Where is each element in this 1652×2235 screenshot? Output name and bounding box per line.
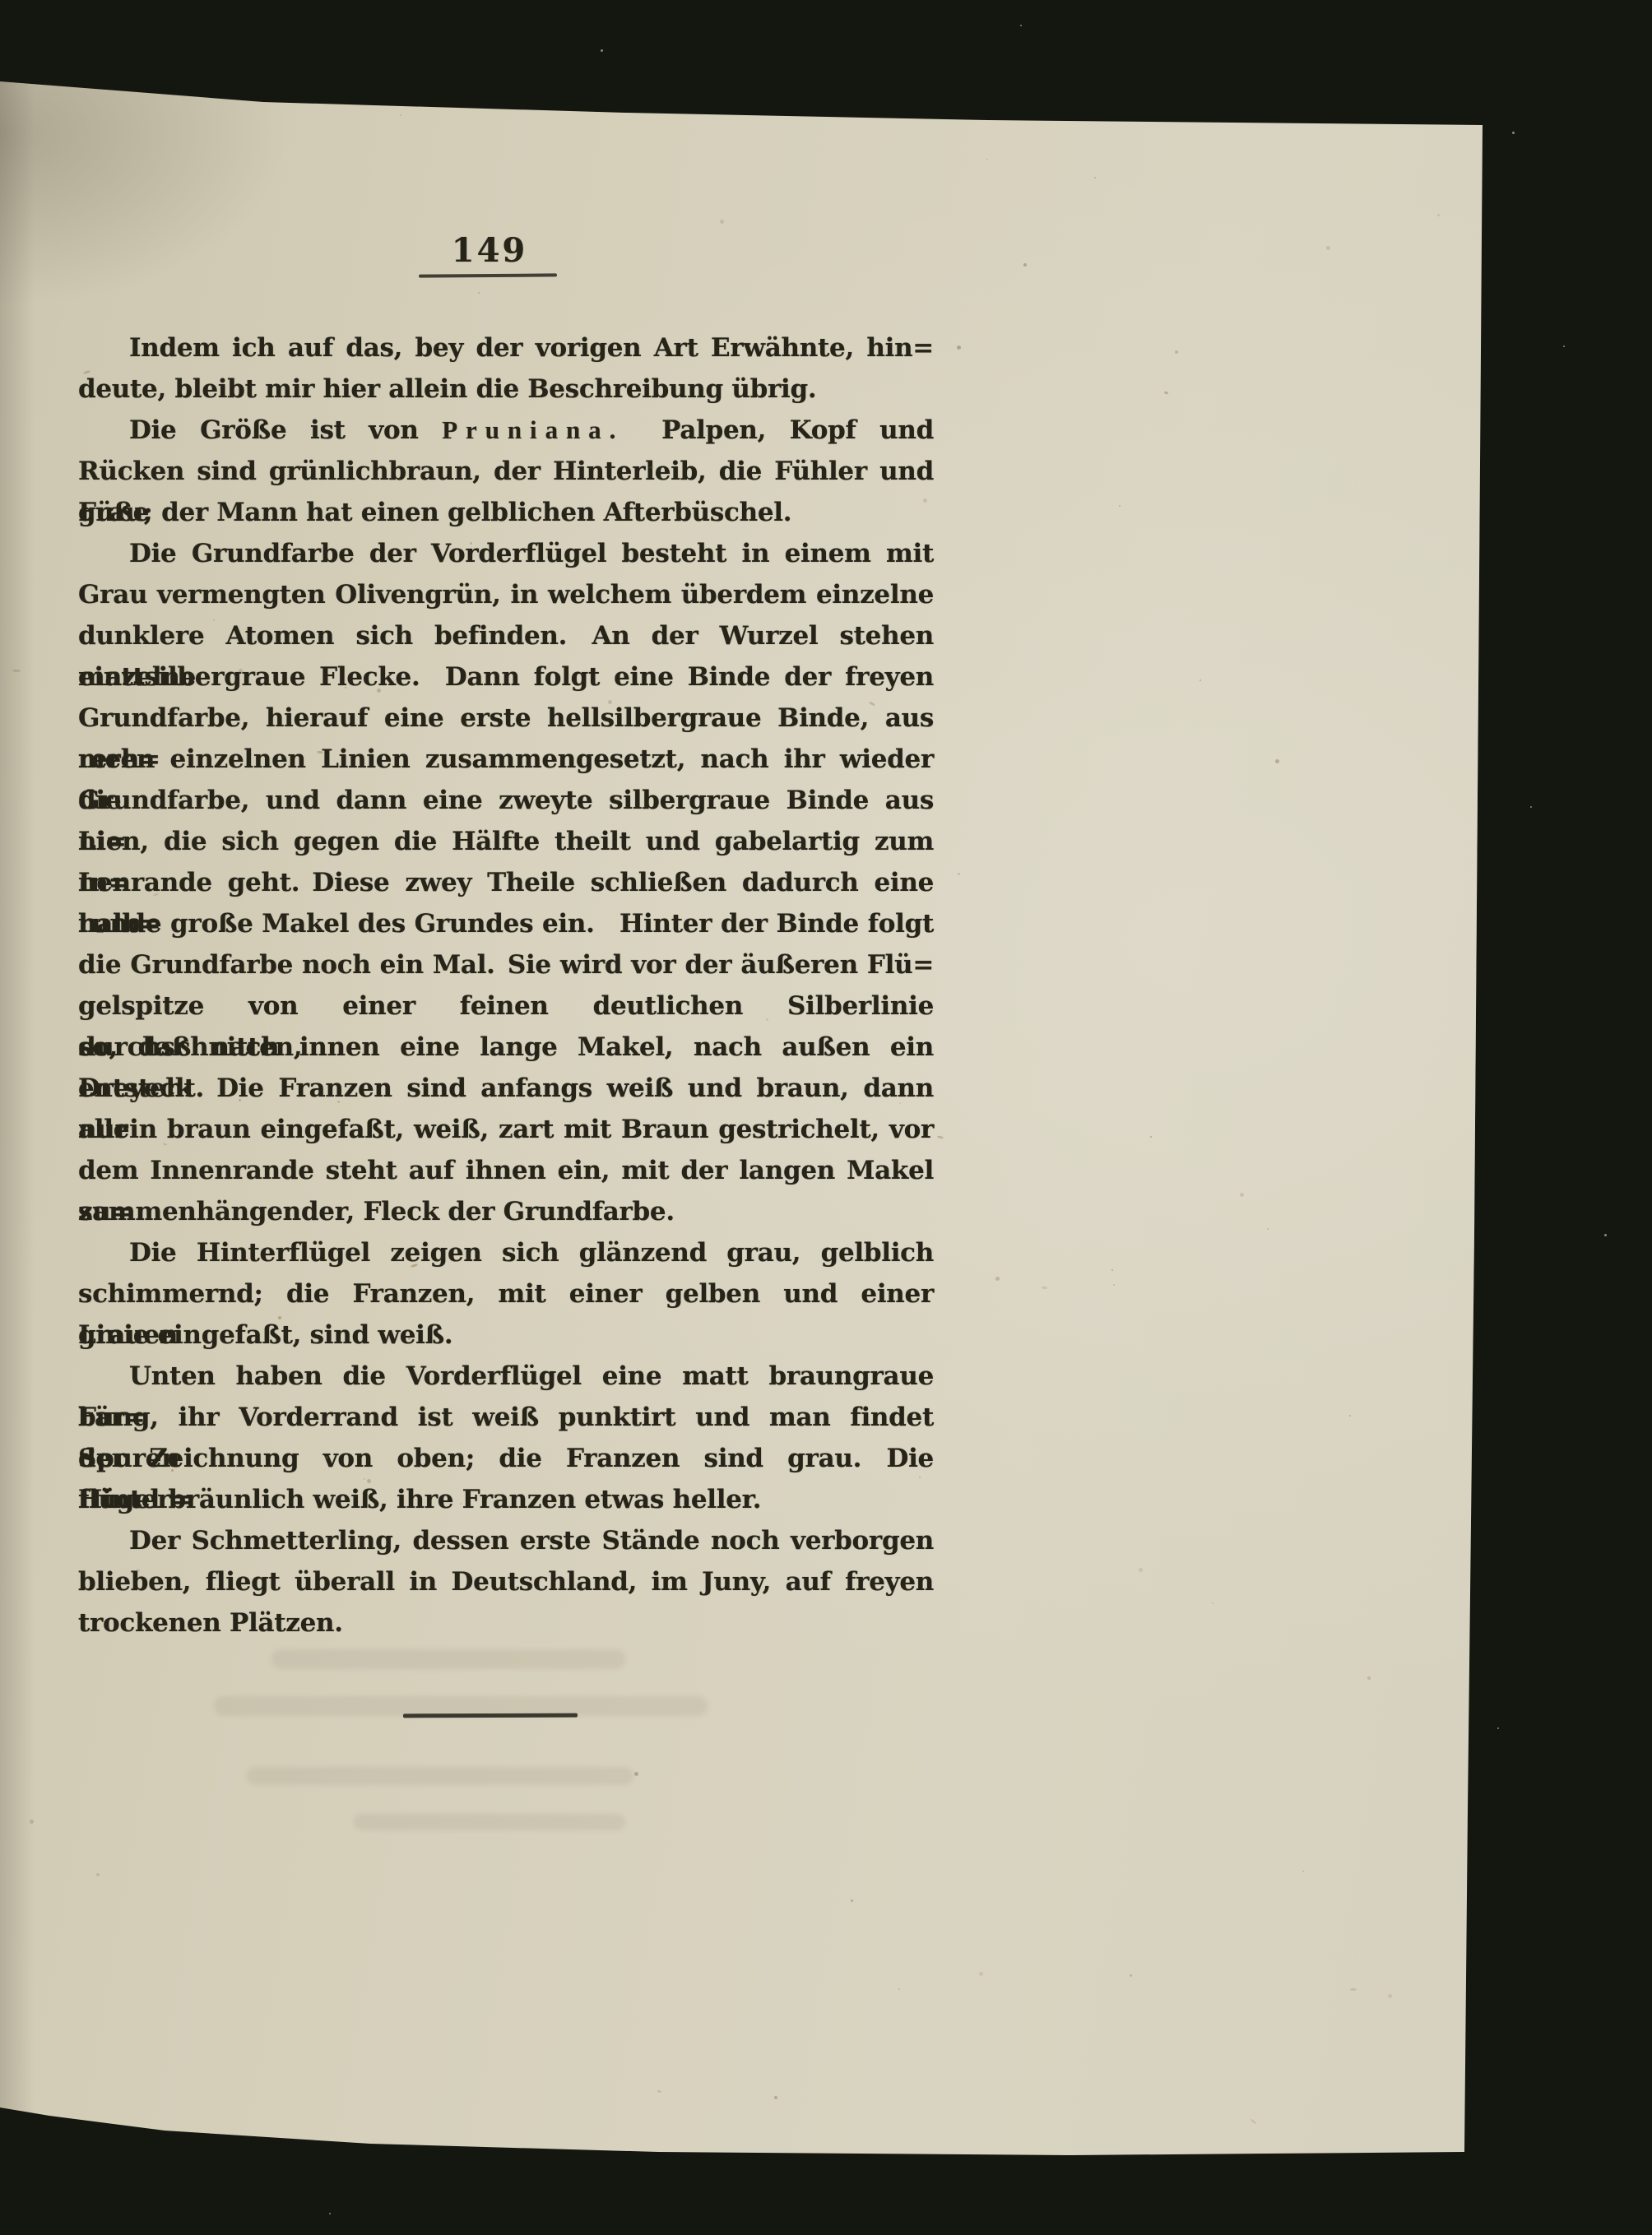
paper-speck — [1240, 1193, 1244, 1197]
text-line: nenrande geht. Diese zwey Theile schließ… — [78, 862, 934, 903]
text-line: Indem ich auf das, bey der vorigen Art E… — [78, 327, 934, 369]
page-number: 149 — [411, 233, 568, 274]
dust-speck — [601, 49, 603, 52]
paper-speck — [535, 96, 537, 99]
paper-speck — [337, 1101, 340, 1103]
paper-speck — [325, 1456, 328, 1459]
text-line: trockenen Plätzen. — [78, 1602, 934, 1644]
paper-speck — [364, 1478, 365, 1480]
paper-speck — [995, 1277, 1000, 1281]
paper-speck — [851, 1899, 853, 1902]
text-line: Rücken sind grünlichbraun, der Hinterlei… — [78, 451, 934, 492]
paper-speck — [1275, 759, 1279, 763]
text-line: Linie eingefaßt, sind weiß. — [78, 1315, 934, 1356]
paper-speck — [937, 1135, 944, 1139]
paper-speck — [1119, 505, 1121, 507]
dust-speck — [1020, 25, 1022, 26]
text-line: schimmernd; die Franzen, mit einer gelbe… — [78, 1273, 934, 1315]
paper-speck — [720, 220, 724, 224]
paper-speck — [12, 670, 21, 672]
paper-speck — [1200, 679, 1201, 681]
text-segment: deute, bleibt mir hier allein die Beschr… — [78, 374, 816, 404]
dust-speck — [1497, 1727, 1499, 1729]
text-line: dem Innenrande steht auf ihnen ein, mit … — [78, 1150, 934, 1191]
paper-speck — [30, 1820, 34, 1824]
paper-speck — [1350, 1988, 1357, 1991]
text-segment: Der Schmetterling, dessen erste Stände n… — [129, 1526, 934, 1556]
paper-speck — [899, 1102, 901, 1104]
paper-speck — [1023, 263, 1027, 267]
text-segment: sammenhängender, Fleck der Grundfarbe. — [78, 1197, 675, 1226]
paper-speck — [657, 2090, 661, 2094]
paper-speck — [1111, 1269, 1113, 1271]
text-segment: die Grundfarbe noch ein Mal. Sie wird vo… — [78, 950, 934, 980]
dust-speck — [329, 2213, 331, 2214]
text-line: Grundfarbe, und dann eine zweyte silberg… — [78, 780, 934, 821]
paper-speck — [923, 498, 927, 503]
bleed-through-smudge — [214, 1696, 708, 1716]
paper-speck — [345, 687, 346, 689]
paper-speck — [958, 873, 960, 875]
dust-speck — [1530, 806, 1532, 808]
paper-speck — [1130, 1974, 1132, 1977]
text-line: flügel bräunlich weiß, ihre Franzen etwa… — [78, 1479, 934, 1520]
paper-speck — [478, 292, 480, 294]
bleed-through-smudge — [271, 1649, 625, 1669]
text-line: Unten haben die Vorderflügel eine matt b… — [78, 1356, 934, 1397]
paper-speck — [1437, 214, 1440, 216]
paper-speck — [957, 345, 961, 350]
text-line: Die Grundfarbe der Vorderflügel besteht … — [78, 533, 934, 574]
paper-speck — [979, 1972, 983, 1976]
text-line: bung, ihr Vorderrand ist weiß punktirt u… — [78, 1397, 934, 1438]
text-segment: trockenen Plätzen. — [78, 1608, 343, 1638]
text-line: reren einzelnen Linien zusammengesetzt, … — [78, 739, 934, 780]
text-line: so, daß nach innen eine lange Makel, nac… — [78, 1027, 934, 1068]
text-segment: Palpen, Kopf und — [624, 415, 934, 445]
text-line: runde große Makel des Grundes ein. Hinte… — [78, 903, 934, 944]
paper-speck — [239, 1099, 241, 1101]
paper-speck — [898, 1988, 900, 1990]
paper-speck — [1267, 1228, 1269, 1230]
dust-speck — [1604, 1234, 1607, 1236]
book-page: 149 Indem ich auf das, bey der vorigen A… — [0, 0, 1652, 2235]
text-line: entsteht. Die Franzen sind anfangs weiß … — [78, 1068, 934, 1109]
paper-speck — [1150, 1136, 1152, 1138]
paper-speck — [1388, 1994, 1392, 1998]
text-block: Indem ich auf das, bey der vorigen Art E… — [78, 327, 934, 1644]
species-name: Pruniana. — [442, 415, 624, 444]
bleed-through-smudge — [247, 1767, 633, 1785]
paper-speck — [408, 1338, 411, 1340]
text-line: Der Schmetterling, dessen erste Stände n… — [78, 1520, 934, 1561]
text-segment: Die Größe ist von — [129, 415, 442, 445]
text-segment: Die Hinterflügel zeigen sich glänzend gr… — [129, 1238, 934, 1268]
text-line: blieben, fliegt überall in Deutschland, … — [78, 1561, 934, 1602]
text-segment: mattsilbergraue Flecke. Dann folgt eine … — [78, 662, 934, 692]
paper-speck — [400, 114, 401, 116]
paper-speck — [608, 700, 612, 704]
paper-speck — [1042, 1287, 1047, 1290]
text-line: dunklere Atomen sich befinden. An der Wu… — [78, 615, 934, 656]
paper-speck — [919, 1477, 921, 1478]
page-number-underline — [419, 273, 557, 277]
text-line: Grau vermengten Olivengrün, in welchem ü… — [78, 574, 934, 615]
paper-speck — [634, 1772, 638, 1776]
text-segment: allein braun eingefaßt, weiß, zart mit B… — [78, 1115, 934, 1144]
paper-speck — [1326, 246, 1330, 250]
paper-speck — [96, 1873, 100, 1876]
text-line: gelspitze von einer feinen deutlichen Si… — [78, 985, 934, 1027]
text-line: die Grundfarbe noch ein Mal. Sie wird vo… — [78, 944, 934, 985]
paper-speck — [1367, 1676, 1371, 1680]
text-segment: Linie eingefaßt, sind weiß. — [78, 1320, 452, 1350]
paper-speck — [460, 1503, 462, 1505]
paper-speck — [1164, 391, 1169, 395]
text-segment: grau; der Mann hat einen gelblichen Afte… — [78, 498, 791, 527]
paper-speck — [766, 1018, 768, 1021]
paper-speck — [1349, 1415, 1351, 1417]
paper-speck — [1212, 1602, 1213, 1604]
paper-speck — [1175, 350, 1178, 354]
dust-speck — [1563, 345, 1565, 347]
text-line: mattsilbergraue Flecke. Dann folgt eine … — [78, 656, 934, 698]
text-line: nien, die sich gegen die Hälfte theilt u… — [78, 821, 934, 862]
text-segment: blieben, fliegt überall in Deutschland, … — [78, 1567, 934, 1597]
paper-speck — [278, 1316, 281, 1319]
paper-speck — [1302, 1871, 1304, 1872]
paper-speck — [377, 689, 381, 693]
paper-speck — [1113, 1284, 1115, 1286]
paper-speck — [774, 2096, 777, 2099]
text-segment: Indem ich auf das, bey der vorigen Art E… — [129, 333, 934, 363]
text-line: Die Größe ist von Pruniana. Palpen, Kopf… — [78, 410, 934, 451]
bleed-through-smudge — [354, 1814, 625, 1830]
text-line: deute, bleibt mir hier allein die Beschr… — [78, 369, 934, 410]
paper-speck — [986, 159, 988, 160]
text-line: allein braun eingefaßt, weiß, zart mit B… — [78, 1109, 934, 1150]
paper-speck — [747, 354, 750, 357]
scan-background: 149 Indem ich auf das, bey der vorigen A… — [0, 0, 1652, 2235]
text-line: Die Hinterflügel zeigen sich glänzend gr… — [78, 1232, 934, 1273]
paper-speck — [1139, 1568, 1143, 1572]
paper-speck — [1250, 2118, 1256, 2124]
paper-speck — [239, 669, 243, 673]
paper-speck — [137, 1569, 140, 1572]
paper-speck — [367, 1479, 371, 1483]
text-line: der Zeichnung von oben; die Franzen sind… — [78, 1438, 934, 1479]
paper-speck — [470, 542, 472, 545]
text-segment: Die Grundfarbe der Vorderflügel besteht … — [129, 539, 934, 568]
paper-speck — [1094, 177, 1096, 179]
text-line: Grundfarbe, hierauf eine erste hellsilbe… — [78, 698, 934, 739]
text-segment: Grau vermengten Olivengrün, in welchem ü… — [78, 580, 934, 610]
paper-speck — [171, 1469, 174, 1472]
text-segment: runde große Makel des Grundes ein. Hinte… — [78, 909, 934, 939]
text-segment: flügel bräunlich weiß, ihre Franzen etwa… — [78, 1485, 761, 1514]
text-line: sammenhängender, Fleck der Grundfarbe. — [78, 1191, 934, 1232]
dust-speck — [1512, 132, 1515, 134]
paper-speck — [213, 619, 215, 621]
text-line: grau; der Mann hat einen gelblichen Afte… — [78, 492, 934, 533]
